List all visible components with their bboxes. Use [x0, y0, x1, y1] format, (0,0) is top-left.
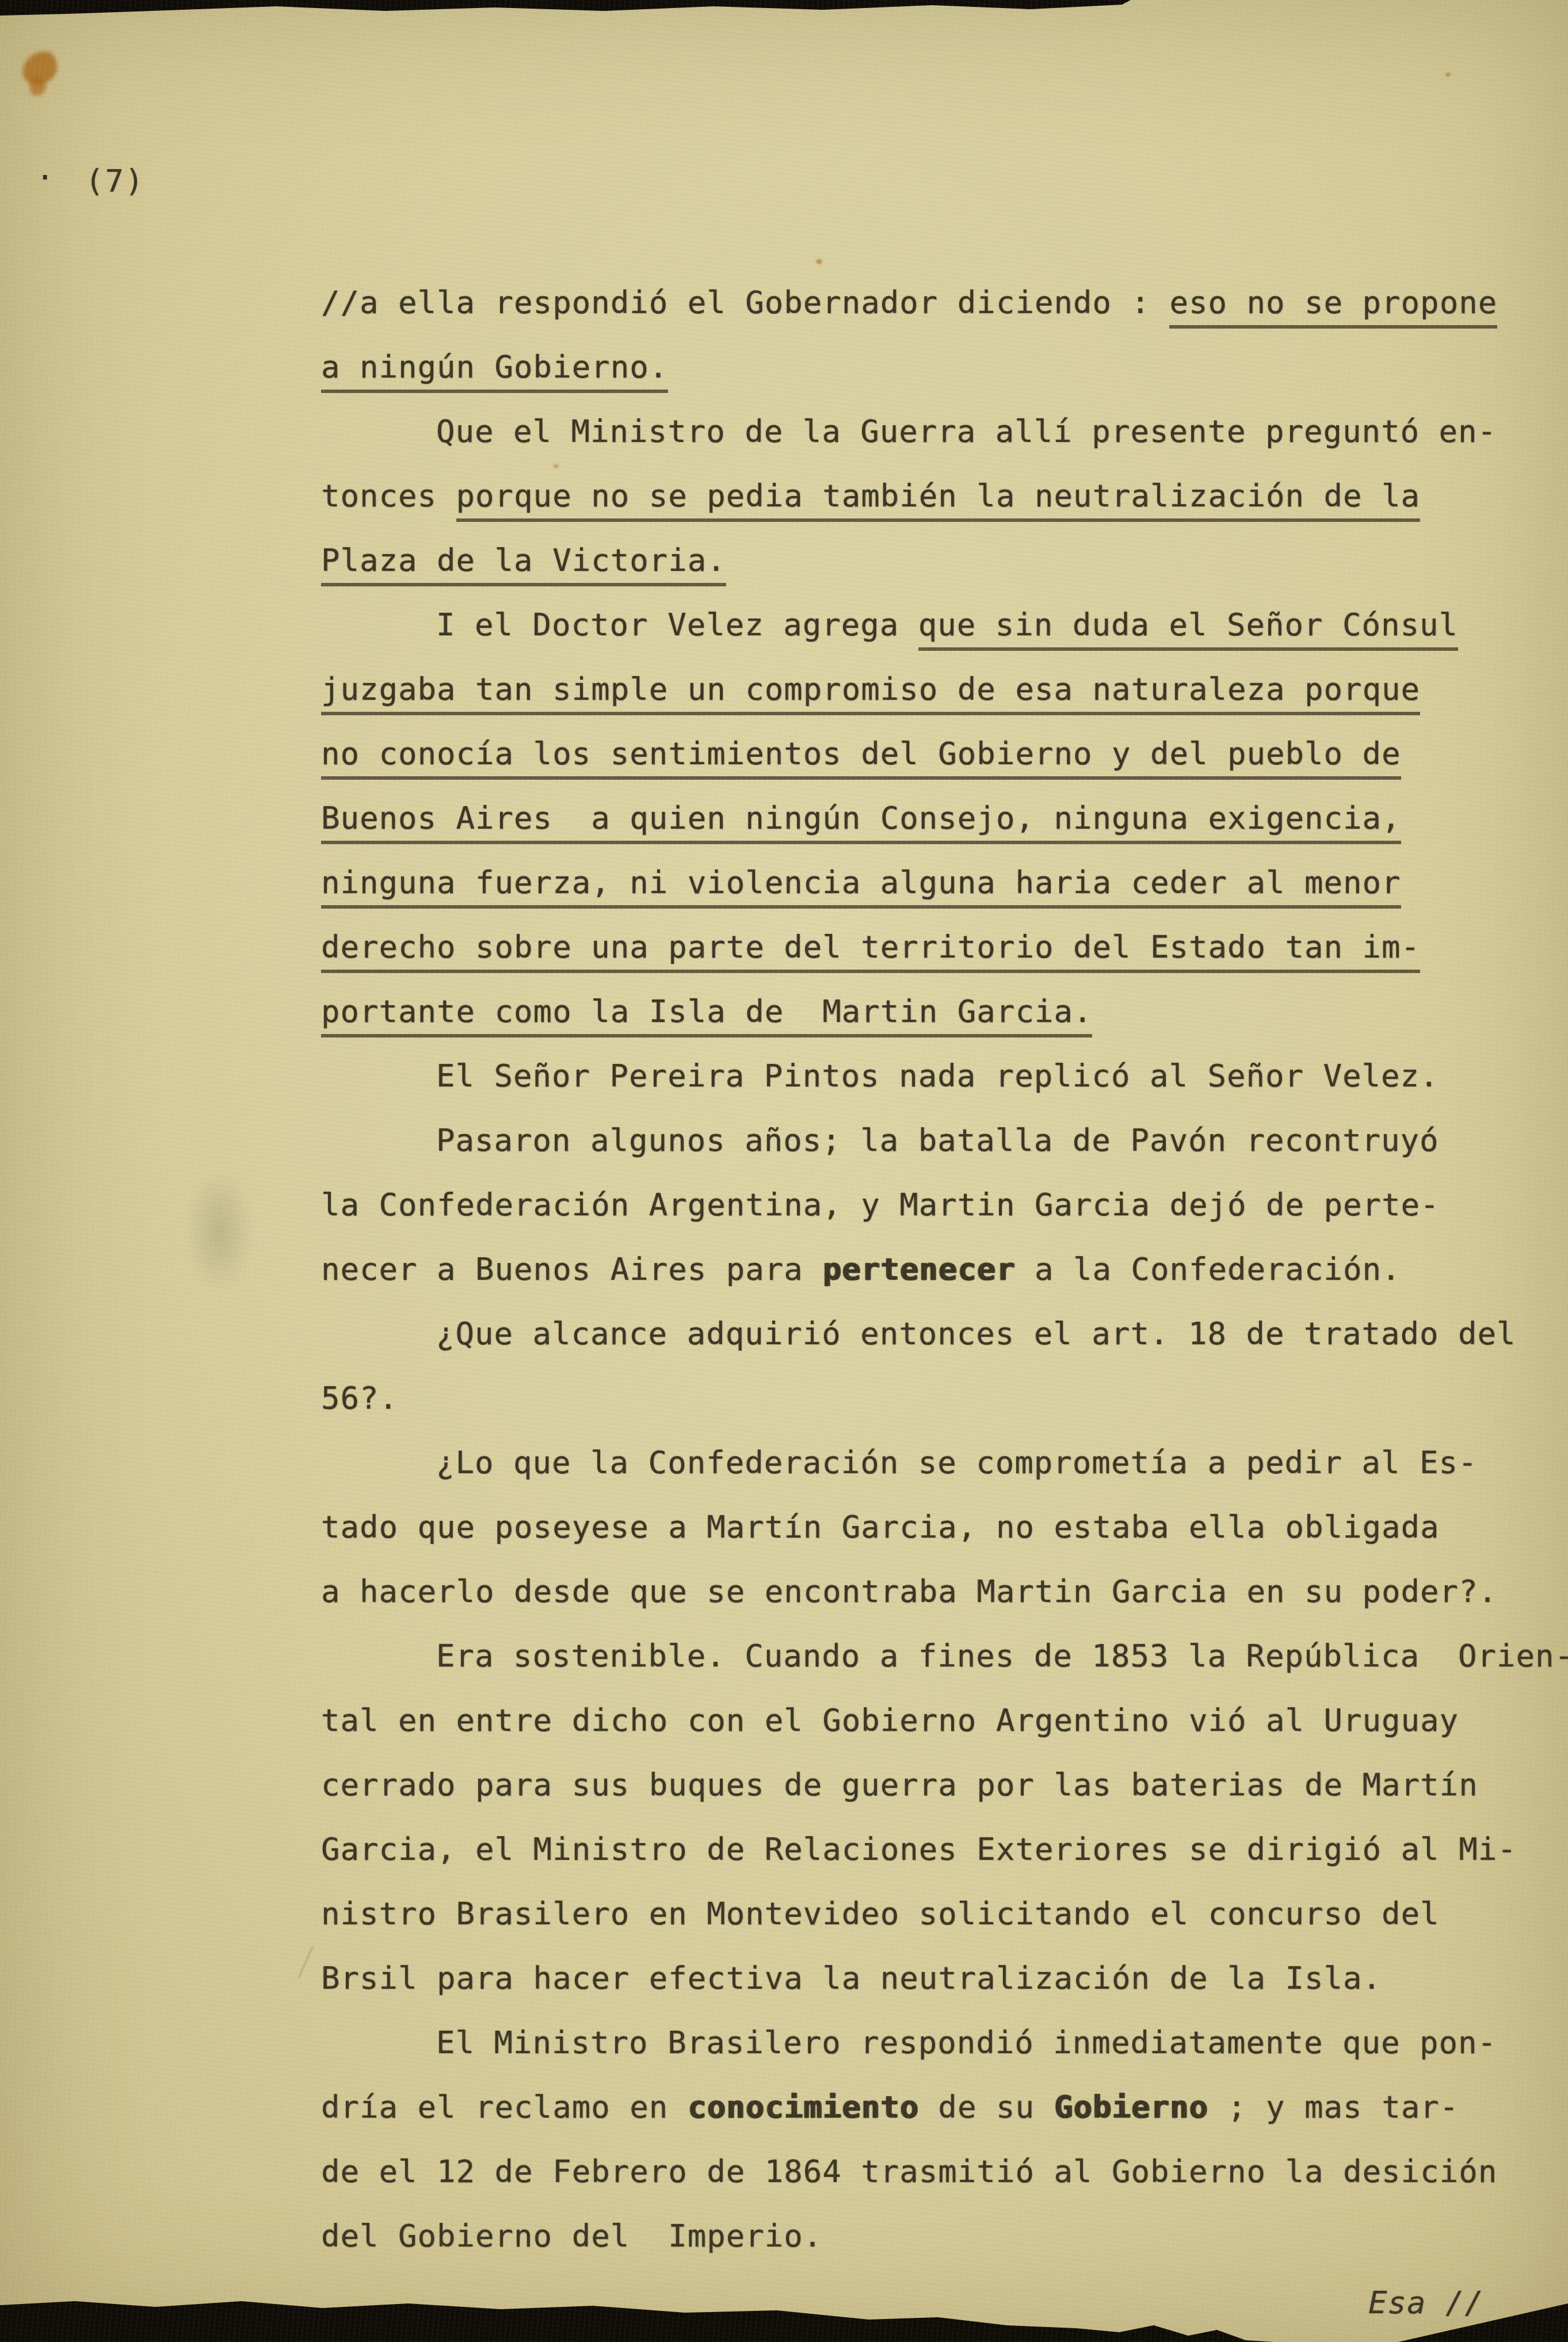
catchword: Esa //: [1368, 2284, 1484, 2321]
typed-text: necer a Buenos Aires para: [321, 1251, 822, 1287]
text-line: ninguna fuerza, ni violencia alguna hari…: [321, 865, 1401, 901]
typed-text: de su: [919, 2089, 1054, 2125]
typed-text: dría el reclamo en: [321, 2089, 688, 2125]
text-line: cerrado para sus buques de guerra por la…: [321, 1767, 1478, 1803]
text-line: Buenos Aires a quien ningún Consejo, nin…: [321, 800, 1401, 836]
text-line: de el 12 de Febrero de 1864 trasmitió al…: [321, 2154, 1497, 2190]
underlined-text: ninguna fuerza, ni violencia alguna hari…: [321, 864, 1401, 909]
bottom-torn-edge: [0, 2301, 1275, 2342]
text-line: El Señor Pereira Pintos nada replicó al …: [436, 1058, 1439, 1094]
text-line: tonces porque no se pedia también la neu…: [321, 478, 1420, 514]
typed-text: I el Doctor Velez agrega: [436, 607, 918, 643]
typed-text: a hacerlo desde que se encontraba Martin…: [321, 1573, 1497, 1609]
text-line: El Ministro Brasilero respondió inmediat…: [436, 2025, 1497, 2061]
paper-page: . (7) //a ella respondió el Gobernador d…: [0, 0, 1568, 2342]
scanned-document-screenshot: { "page": { "kind": "scanned typewritten…: [0, 0, 1568, 2342]
typed-text: 56?.: [321, 1380, 398, 1416]
text-line: tado que poseyese a Martín Garcia, no es…: [321, 1509, 1440, 1545]
top-scan-edge: [0, 0, 1131, 16]
text-line: I el Doctor Velez agrega que sin duda el…: [436, 607, 1458, 643]
text-line: ¿Lo que la Confederación se comprometía …: [436, 1445, 1478, 1481]
underlined-text: derecho sobre una parte del territorio d…: [321, 929, 1420, 973]
underlined-text: porque no se pedia también la neutraliza…: [456, 478, 1421, 522]
rust-stain-tail: [30, 77, 46, 96]
rust-speck: [1445, 73, 1451, 77]
text-line: dría el reclamo en conocimiento de su Go…: [321, 2089, 1459, 2125]
typed-text: Era sostenible. Cuando a fines de 1853 l…: [436, 1638, 1568, 1674]
text-line: derecho sobre una parte del territorio d…: [321, 929, 1420, 965]
text-line: Garcia, el Ministro de Relaciones Exteri…: [321, 1832, 1517, 1867]
typed-text: a la Confederación.: [1015, 1251, 1401, 1287]
underlined-text: Plaza de la Victoria.: [321, 542, 726, 586]
typed-text: del Gobierno del Imperio.: [321, 2218, 822, 2254]
typed-text: cerrado para sus buques de guerra por la…: [321, 1767, 1478, 1803]
typed-text: Brsil para hacer efectiva la neutralizac…: [321, 1960, 1382, 1996]
rust-speck: [554, 464, 559, 468]
typed-text: El Ministro Brasilero respondió inmediat…: [436, 2024, 1497, 2061]
underlined-text: a ningún Gobierno.: [321, 349, 668, 393]
typed-text: ¿Que alcance adquirió entonces el art. 1…: [436, 1315, 1516, 1352]
text-line: //a ella respondió el Gobernador diciend…: [321, 285, 1497, 321]
typed-text: la Confederación Argentina, y Martin Gar…: [321, 1187, 1440, 1223]
typed-text: El Señor Pereira Pintos nada replicó al …: [436, 1058, 1439, 1094]
text-line: del Gobierno del Imperio.: [321, 2218, 822, 2254]
rust-speck: [816, 259, 822, 264]
text-line: necer a Buenos Aires para pertenecer a l…: [321, 1252, 1401, 1287]
underlined-text: que sin duda el Señor Cónsul: [918, 607, 1458, 651]
text-line: no conocía los sentimientos del Gobierno…: [321, 736, 1401, 772]
underlined-text: Buenos Aires a quien ningún Consejo, nin…: [321, 800, 1401, 844]
typed-text: Garcia, el Ministro de Relaciones Exteri…: [321, 1831, 1517, 1867]
text-line: ¿Que alcance adquirió entonces el art. 1…: [436, 1316, 1516, 1352]
underlined-text: no conocía los sentimientos del Gobierno…: [321, 735, 1401, 780]
text-line: Pasaron algunos años; la batalla de Pavó…: [436, 1123, 1439, 1158]
text-line: a hacerlo desde que se encontraba Martin…: [321, 1574, 1497, 1609]
typed-text: ; y mas tar-: [1208, 2089, 1459, 2125]
text-line: Brsil para hacer efectiva la neutralizac…: [321, 1960, 1382, 1996]
text-line: Que el Ministro de la Guerra allí presen…: [436, 414, 1497, 449]
typed-text: ¿Lo que la Confederación se comprometía …: [436, 1444, 1478, 1481]
typed-text: Que el Ministro de la Guerra allí presen…: [436, 413, 1497, 449]
text-line: portante como la Isla de Martin Garcia.: [321, 994, 1092, 1029]
typed-text: Pasaron algunos años; la batalla de Pavó…: [436, 1122, 1439, 1158]
underlined-text: portante como la Isla de Martin Garcia.: [321, 993, 1092, 1038]
stray-dot-mark: .: [36, 151, 55, 187]
typed-text: de el 12 de Febrero de 1864 trasmitió al…: [321, 2153, 1497, 2190]
text-line: 56?.: [321, 1380, 398, 1416]
typed-text: nistro Brasilero en Montevideo solicitan…: [321, 1895, 1440, 1932]
typed-text: tonces: [321, 478, 456, 514]
typed-text: //a ella respondió el Gobernador diciend…: [321, 284, 1169, 321]
text-line: Plaza de la Victoria.: [321, 543, 726, 578]
text-line: Era sostenible. Cuando a fines de 1853 l…: [436, 1638, 1568, 1674]
underlined-text: eso no se propone: [1169, 284, 1497, 329]
typed-text: tal en entre dicho con el Gobierno Argen…: [321, 1702, 1459, 1738]
text-line: a ningún Gobierno.: [321, 349, 668, 385]
typed-text: tado que poseyese a Martín Garcia, no es…: [321, 1509, 1440, 1545]
text-line: juzgaba tan simple un compromiso de esa …: [321, 672, 1420, 707]
underlined-text: juzgaba tan simple un compromiso de esa …: [321, 671, 1420, 715]
pencil-smudge: [185, 1168, 254, 1295]
text-line: tal en entre dicho con el Gobierno Argen…: [321, 1703, 1459, 1738]
overstruck-text: Gobierno: [1054, 2089, 1208, 2125]
overstruck-text: pertenecer: [822, 1251, 1015, 1287]
page-number: (7): [85, 163, 145, 199]
text-line: la Confederación Argentina, y Martin Gar…: [321, 1187, 1440, 1223]
text-line: nistro Brasilero en Montevideo solicitan…: [321, 1896, 1440, 1932]
overstruck-text: conocimiento: [688, 2089, 919, 2125]
